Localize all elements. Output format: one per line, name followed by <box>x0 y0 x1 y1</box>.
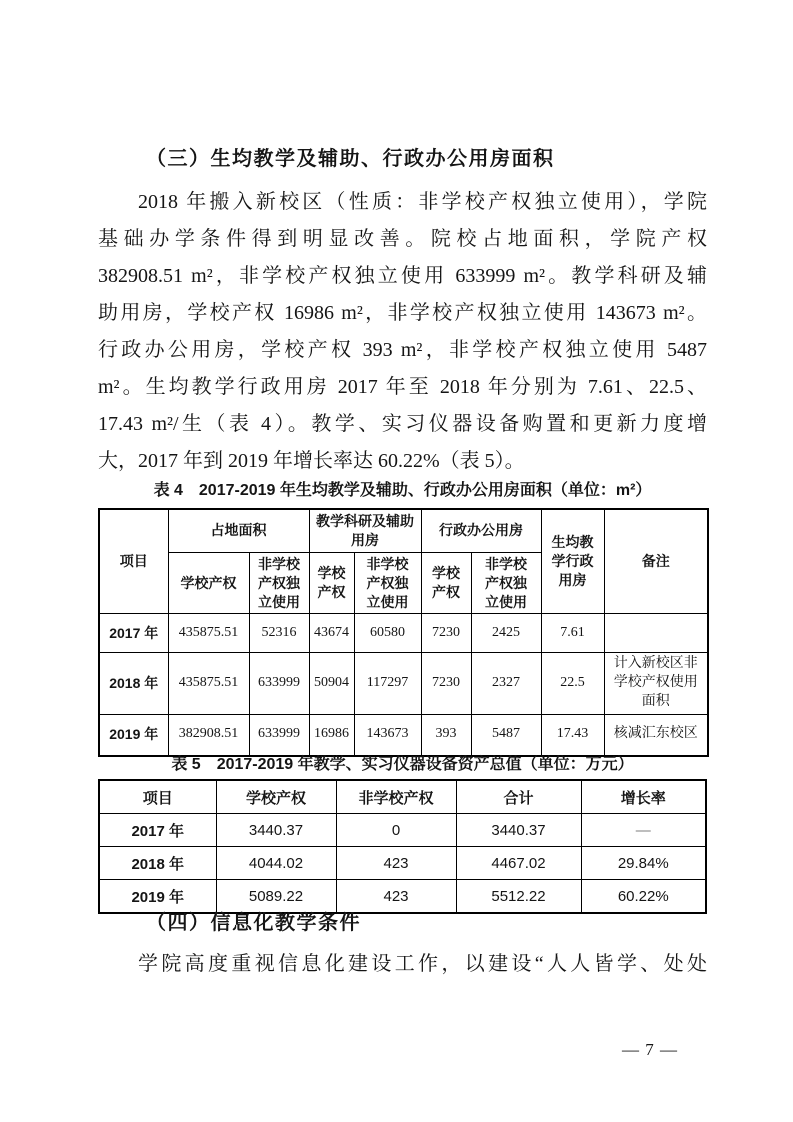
table5-row-2019: 2019 年 5089.22 423 5512.22 60.22% <box>99 880 706 914</box>
table5-row-2018: 2018 年 4044.02 423 4467.02 29.84% <box>99 847 706 880</box>
table4-value-cell: 60580 <box>354 614 421 653</box>
table4-subheader-non-school: 非学校产权独立使用 <box>249 552 309 614</box>
table5-header-growth-rate: 增长率 <box>581 780 706 814</box>
table5-equipment-table: 项目 学校产权 非学校产权 合计 增长率 2017 年 3440.37 0 34… <box>98 779 707 914</box>
table4-row-2017: 2017 年 435875.51 52316 43674 60580 7230 … <box>99 614 708 653</box>
table4-row-2019: 2019 年 382908.51 633999 16986 143673 393… <box>99 715 708 756</box>
table5-row-2017: 2017 年 3440.37 0 3440.37 — <box>99 814 706 847</box>
table4-value-cell: 2425 <box>471 614 541 653</box>
section-3-heading: （三）生均教学及辅助、行政办公用房面积 <box>98 146 755 172</box>
table5-year-cell: 2017 年 <box>99 814 216 847</box>
table4-subheader-school-owned: 学校产权 <box>309 552 354 614</box>
table5-header-row: 项目 学校产权 非学校产权 合计 增长率 <box>99 780 706 814</box>
table5-value-cell: 5512.22 <box>456 880 581 914</box>
table4-value-cell: 117297 <box>354 653 421 715</box>
paragraph-line: 行政办公用房，学校产权 393 m²，非学校产权独立使用 5487 <box>98 332 707 369</box>
table4-value-cell: 393 <box>421 715 471 756</box>
table4-value-cell: 7230 <box>421 614 471 653</box>
table5-value-cell: 4467.02 <box>456 847 581 880</box>
table4-value-cell: 633999 <box>249 715 309 756</box>
table5-growth-cell: 60.22% <box>581 880 706 914</box>
table4-note-cell: 核减汇东校区 <box>604 715 708 756</box>
paragraph-line: 17.43 m²/生（表 4）。教学、实习仪器设备购置和更新力度增 <box>98 406 707 443</box>
table4-value-cell: 16986 <box>309 715 354 756</box>
paragraph-line: 2018 年搬入新校区（性质：非学校产权独立使用），学院 <box>98 184 707 221</box>
table5-value-cell: 4044.02 <box>216 847 336 880</box>
paragraph-line: 助用房，学校产权 16986 m²，非学校产权独立使用 143673 m²。 <box>98 295 707 332</box>
table4-value-cell: 22.5 <box>541 653 604 715</box>
table4-value-cell: 435875.51 <box>168 614 249 653</box>
table5-year-cell: 2018 年 <box>99 847 216 880</box>
table5-caption: 表 5 2017-2019 年教学、实习仪器设备资产总值（单位：万元） <box>98 754 707 776</box>
table4-value-cell: 7.61 <box>541 614 604 653</box>
table4-header-item: 项目 <box>99 509 168 614</box>
table4-header-note: 备注 <box>604 509 708 614</box>
table4-value-cell: 2327 <box>471 653 541 715</box>
section-4-heading: （四）信息化教学条件 <box>98 910 755 936</box>
table4-area-table: 项目 占地面积 教学科研及辅助用房 行政办公用房 生均教学行政用房 备注 学校产… <box>98 508 709 757</box>
table4-value-cell: 52316 <box>249 614 309 653</box>
table4-value-cell: 17.43 <box>541 715 604 756</box>
table5-value-cell: 3440.37 <box>456 814 581 847</box>
table5-growth-cell: — <box>581 814 706 847</box>
table4-note-cell <box>604 614 708 653</box>
table4-year-cell: 2017 年 <box>99 614 168 653</box>
table4-row-2018: 2018 年 435875.51 633999 50904 117297 723… <box>99 653 708 715</box>
paragraph-line: 学院高度重视信息化建设工作，以建设“人人皆学、处处 <box>98 946 707 983</box>
paragraph-line: 大，2017 年到 2019 年增长率达 60.22%（表 5）。 <box>98 443 707 480</box>
table4-value-cell: 143673 <box>354 715 421 756</box>
paragraph-line: 382908.51 m²，非学校产权独立使用 633999 m²。教学科研及辅 <box>98 258 707 295</box>
table4-value-cell: 50904 <box>309 653 354 715</box>
table4-value-cell: 633999 <box>249 653 309 715</box>
table4-subheader-non-school: 非学校产权独立使用 <box>354 552 421 614</box>
document-page: （三）生均教学及辅助、行政办公用房面积 2018 年搬入新校区（性质：非学校产权… <box>0 0 793 1122</box>
table5-value-cell: 3440.37 <box>216 814 336 847</box>
table4-value-cell: 382908.51 <box>168 715 249 756</box>
table4-value-cell: 435875.51 <box>168 653 249 715</box>
table5-header-item: 项目 <box>99 780 216 814</box>
table5-header-total: 合计 <box>456 780 581 814</box>
table5-value-cell: 0 <box>336 814 456 847</box>
table4-group-header-row: 项目 占地面积 教学科研及辅助用房 行政办公用房 生均教学行政用房 备注 <box>99 509 708 552</box>
table5-value-cell: 5089.22 <box>216 880 336 914</box>
page-number: — 7 — <box>588 1040 712 1060</box>
table5-value-cell: 423 <box>336 880 456 914</box>
table5-year-cell: 2019 年 <box>99 880 216 914</box>
table4-header-land-area: 占地面积 <box>168 509 309 552</box>
table4-subheader-school-owned: 学校产权 <box>421 552 471 614</box>
section-4-paragraph: 学院高度重视信息化建设工作，以建设“人人皆学、处处 <box>98 946 707 983</box>
table4-header-admin-rooms: 行政办公用房 <box>421 509 541 552</box>
table5-growth-cell: 29.84% <box>581 847 706 880</box>
table4-subheader-school-owned: 学校产权 <box>168 552 249 614</box>
table5-header-non-school: 非学校产权 <box>336 780 456 814</box>
table4-header-teaching-rooms: 教学科研及辅助用房 <box>309 509 421 552</box>
paragraph-line: 基础办学条件得到明显改善。院校占地面积，学院产权 <box>98 221 707 258</box>
table4-value-cell: 7230 <box>421 653 471 715</box>
table4-note-cell: 计入新校区非学校产权使用面积 <box>604 653 708 715</box>
table5-header-school-owned: 学校产权 <box>216 780 336 814</box>
table4-subheader-non-school: 非学校产权独立使用 <box>471 552 541 614</box>
table4-header-per-student: 生均教学行政用房 <box>541 509 604 614</box>
table4-caption: 表 4 2017-2019 年生均教学及辅助、行政办公用房面积（单位：m²） <box>98 480 707 502</box>
table4-year-cell: 2019 年 <box>99 715 168 756</box>
table4-value-cell: 43674 <box>309 614 354 653</box>
table4-year-cell: 2018 年 <box>99 653 168 715</box>
paragraph-line: m²。生均教学行政用房 2017 年至 2018 年分别为 7.61、22.5、 <box>98 369 707 406</box>
table5-value-cell: 423 <box>336 847 456 880</box>
section-3-paragraph: 2018 年搬入新校区（性质：非学校产权独立使用），学院 基础办学条件得到明显改… <box>98 184 707 480</box>
table4-value-cell: 5487 <box>471 715 541 756</box>
